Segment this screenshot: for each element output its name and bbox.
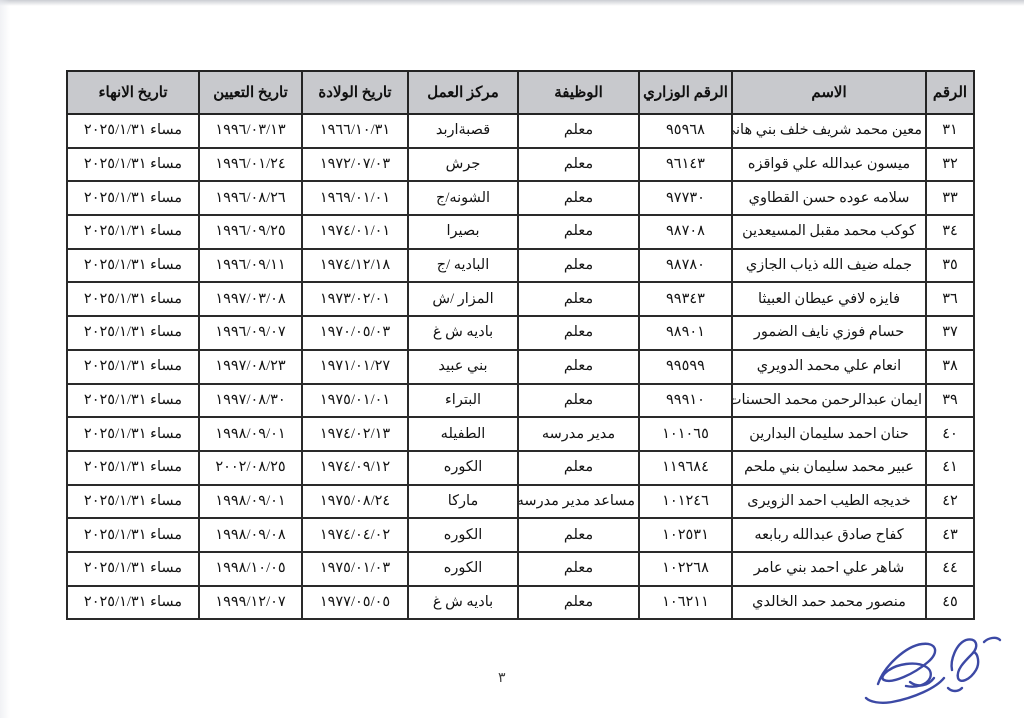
cell-ministry_no: ١٠١٢٤٦: [639, 485, 732, 519]
cell-ministry_no: ١١٩٦٨٤: [639, 451, 732, 485]
cell-name: فايزه لافي عيطان العبيثا: [732, 282, 926, 316]
cell-job: معلم: [518, 316, 639, 350]
cell-work_center: المزار /ش: [408, 282, 518, 316]
cell-num: ٣٤: [926, 215, 974, 249]
cell-hire_date: ٢٠٠٢/٠٨/٢٥: [199, 451, 302, 485]
column-header-num: الرقم: [926, 71, 974, 114]
table-row: ٣٩ايمان عبدالرحمن محمد الحسنات٩٩٩١٠معلما…: [67, 384, 974, 418]
handwritten-signature: [848, 632, 1024, 718]
cell-hire_date: ١٩٩٦/٠٩/٢٥: [199, 215, 302, 249]
cell-job: معلم: [518, 384, 639, 418]
cell-work_center: باديه ش غ: [408, 316, 518, 350]
cell-name: جمله ضيف الله ذياب الجازي: [732, 249, 926, 283]
table-row: ٣٥جمله ضيف الله ذياب الجازي٩٨٧٨٠معلمالبا…: [67, 249, 974, 283]
cell-ministry_no: ١٠١٠٦٥: [639, 417, 732, 451]
cell-ministry_no: ٩٥٩٦٨: [639, 114, 732, 148]
cell-birth_date: ١٩٦٩/٠١/٠١: [302, 181, 408, 215]
cell-num: ٣٨: [926, 350, 974, 384]
cell-birth_date: ١٩٧٤/٠١/٠١: [302, 215, 408, 249]
cell-work_center: الكوره: [408, 552, 518, 586]
table-row: ٤٥منصور محمد حمد الخالدي١٠٦٢١١معلمباديه …: [67, 586, 974, 620]
cell-job: معلم: [518, 215, 639, 249]
cell-hire_date: ١٩٩٧/٠٣/٠٨: [199, 282, 302, 316]
employee-roster-table: الرقمالاسمالرقم الوزاريالوظيفةمركز العمل…: [66, 70, 975, 620]
cell-work_center: البتراء: [408, 384, 518, 418]
cell-job: معلم: [518, 249, 639, 283]
cell-ministry_no: ٩٩٣٤٣: [639, 282, 732, 316]
cell-name: خديجه الطيب احمد الزويرى: [732, 485, 926, 519]
cell-job: معلم: [518, 552, 639, 586]
cell-num: ٣٩: [926, 384, 974, 418]
cell-birth_date: ١٩٧٤/٠٢/١٣: [302, 417, 408, 451]
cell-hire_date: ١٩٩٨/٠٩/٠١: [199, 485, 302, 519]
column-header-hire_date: تاريخ التعيين: [199, 71, 302, 114]
table-header: الرقمالاسمالرقم الوزاريالوظيفةمركز العمل…: [67, 71, 974, 114]
signature-strokes: [866, 638, 1000, 703]
cell-name: شاهر علي احمد بني عامر: [732, 552, 926, 586]
cell-end_date: مساء ٢٠٢٥/١/٣١: [67, 114, 199, 148]
cell-hire_date: ١٩٩٨/٠٩/٠٨: [199, 518, 302, 552]
cell-end_date: مساء ٢٠٢٥/١/٣١: [67, 485, 199, 519]
cell-birth_date: ١٩٧١/٠١/٢٧: [302, 350, 408, 384]
cell-work_center: الطفيله: [408, 417, 518, 451]
cell-num: ٤٢: [926, 485, 974, 519]
cell-work_center: باديه ش غ: [408, 586, 518, 620]
column-header-work_center: مركز العمل: [408, 71, 518, 114]
cell-birth_date: ١٩٧٧/٠٥/٠٥: [302, 586, 408, 620]
cell-name: كوكب محمد مقبل المسيعدين: [732, 215, 926, 249]
cell-name: كفاح صادق عبدالله ربابعه: [732, 518, 926, 552]
table-row: ٤٠حنان احمد سليمان البدارين١٠١٠٦٥مدير مد…: [67, 417, 974, 451]
cell-hire_date: ١٩٩٨/١٠/٠٥: [199, 552, 302, 586]
cell-hire_date: ١٩٩٨/٠٩/٠١: [199, 417, 302, 451]
cell-hire_date: ١٩٩٦/٠١/٢٤: [199, 148, 302, 182]
cell-birth_date: ١٩٧٥/٠٨/٢٤: [302, 485, 408, 519]
table-row: ٣٣سلامه عوده حسن القطاوي٩٧٧٣٠معلمالشونه/…: [67, 181, 974, 215]
table-body: ٣١معين محمد شريف خلف بني هاني٩٥٩٦٨معلمقص…: [67, 114, 974, 619]
table-row: ٣٧حسام فوزي نايف الضمور٩٨٩٠١معلمباديه ش …: [67, 316, 974, 350]
column-header-birth_date: تاريخ الولادة: [302, 71, 408, 114]
cell-num: ٣٥: [926, 249, 974, 283]
cell-name: حنان احمد سليمان البدارين: [732, 417, 926, 451]
table-row: ٤٤شاهر علي احمد بني عامر١٠٢٢٦٨معلمالكوره…: [67, 552, 974, 586]
cell-name: انعام علي محمد الدويري: [732, 350, 926, 384]
cell-num: ٣٦: [926, 282, 974, 316]
cell-work_center: الكوره: [408, 518, 518, 552]
cell-work_center: الباديه /ج: [408, 249, 518, 283]
cell-num: ٣٣: [926, 181, 974, 215]
table-row: ٣١معين محمد شريف خلف بني هاني٩٥٩٦٨معلمقص…: [67, 114, 974, 148]
column-header-job: الوظيفة: [518, 71, 639, 114]
table-row: ٣٨انعام علي محمد الدويري٩٩٥٩٩معلمبني عبي…: [67, 350, 974, 384]
cell-name: ميسون عبدالله علي قواقزه: [732, 148, 926, 182]
cell-hire_date: ١٩٩٦/٠٩/٠٧: [199, 316, 302, 350]
cell-name: معين محمد شريف خلف بني هاني: [732, 114, 926, 148]
cell-end_date: مساء ٢٠٢٥/١/٣١: [67, 316, 199, 350]
cell-work_center: ماركا: [408, 485, 518, 519]
cell-name: عبير محمد سليمان بني ملحم: [732, 451, 926, 485]
cell-end_date: مساء ٢٠٢٥/١/٣١: [67, 249, 199, 283]
header-row: الرقمالاسمالرقم الوزاريالوظيفةمركز العمل…: [67, 71, 974, 114]
cell-num: ٤٣: [926, 518, 974, 552]
cell-ministry_no: ١٠٢٥٣١: [639, 518, 732, 552]
cell-hire_date: ١٩٩٦/٠٨/٢٦: [199, 181, 302, 215]
cell-end_date: مساء ٢٠٢٥/١/٣١: [67, 586, 199, 620]
table-row: ٣٢ميسون عبدالله علي قواقزه٩٦١٤٣معلمجرش١٩…: [67, 148, 974, 182]
cell-hire_date: ١٩٩٩/١٢/٠٧: [199, 586, 302, 620]
cell-birth_date: ١٩٧٣/٠٢/٠١: [302, 282, 408, 316]
cell-ministry_no: ٩٨٧٠٨: [639, 215, 732, 249]
cell-name: ايمان عبدالرحمن محمد الحسنات: [732, 384, 926, 418]
cell-ministry_no: ٩٨٩٠١: [639, 316, 732, 350]
cell-end_date: مساء ٢٠٢٥/١/٣١: [67, 181, 199, 215]
cell-birth_date: ١٩٧٤/٠٩/١٢: [302, 451, 408, 485]
cell-ministry_no: ٩٩٩١٠: [639, 384, 732, 418]
cell-name: منصور محمد حمد الخالدي: [732, 586, 926, 620]
cell-birth_date: ١٩٧٤/٠٤/٠٢: [302, 518, 408, 552]
cell-job: معلم: [518, 114, 639, 148]
table-row: ٣٦فايزه لافي عيطان العبيثا٩٩٣٤٣معلمالمزا…: [67, 282, 974, 316]
cell-job: معلم: [518, 451, 639, 485]
column-header-end_date: تاريخ الانهاء: [67, 71, 199, 114]
cell-birth_date: ١٩٦٦/١٠/٣١: [302, 114, 408, 148]
cell-job: معلم: [518, 350, 639, 384]
cell-work_center: بني عبيد: [408, 350, 518, 384]
cell-job: مساعد مدير مدرسه: [518, 485, 639, 519]
cell-ministry_no: ٩٦١٤٣: [639, 148, 732, 182]
cell-birth_date: ١٩٧٥/٠١/٠١: [302, 384, 408, 418]
scan-artifact-left-edge: [0, 0, 10, 718]
cell-ministry_no: ٩٧٧٣٠: [639, 181, 732, 215]
page-number: ٣: [498, 670, 506, 687]
cell-name: سلامه عوده حسن القطاوي: [732, 181, 926, 215]
cell-job: معلم: [518, 518, 639, 552]
cell-work_center: الشونه/ج: [408, 181, 518, 215]
cell-ministry_no: ١٠٦٢١١: [639, 586, 732, 620]
column-header-ministry_no: الرقم الوزاري: [639, 71, 732, 114]
table-row: ٣٤كوكب محمد مقبل المسيعدين٩٨٧٠٨معلمبصيرا…: [67, 215, 974, 249]
cell-num: ٤٠: [926, 417, 974, 451]
cell-end_date: مساء ٢٠٢٥/١/٣١: [67, 384, 199, 418]
cell-end_date: مساء ٢٠٢٥/١/٣١: [67, 451, 199, 485]
cell-hire_date: ١٩٩٦/٠٣/١٣: [199, 114, 302, 148]
cell-name: حسام فوزي نايف الضمور: [732, 316, 926, 350]
cell-num: ٤١: [926, 451, 974, 485]
cell-end_date: مساء ٢٠٢٥/١/٣١: [67, 350, 199, 384]
cell-num: ٣٧: [926, 316, 974, 350]
table-row: ٤٣كفاح صادق عبدالله ربابعه١٠٢٥٣١معلمالكو…: [67, 518, 974, 552]
cell-birth_date: ١٩٧٥/٠١/٠٣: [302, 552, 408, 586]
cell-end_date: مساء ٢٠٢٥/١/٣١: [67, 282, 199, 316]
cell-num: ٣٢: [926, 148, 974, 182]
cell-work_center: بصيرا: [408, 215, 518, 249]
cell-birth_date: ١٩٧٢/٠٧/٠٣: [302, 148, 408, 182]
cell-end_date: مساء ٢٠٢٥/١/٣١: [67, 417, 199, 451]
cell-num: ٤٥: [926, 586, 974, 620]
scan-artifact-top-edge: [0, 0, 1024, 6]
table-row: ٤٢خديجه الطيب احمد الزويرى١٠١٢٤٦مساعد مد…: [67, 485, 974, 519]
cell-hire_date: ١٩٩٦/٠٩/١١: [199, 249, 302, 283]
cell-ministry_no: ١٠٢٢٦٨: [639, 552, 732, 586]
cell-work_center: جرش: [408, 148, 518, 182]
cell-end_date: مساء ٢٠٢٥/١/٣١: [67, 148, 199, 182]
cell-end_date: مساء ٢٠٢٥/١/٣١: [67, 518, 199, 552]
cell-job: معلم: [518, 282, 639, 316]
cell-birth_date: ١٩٧٤/١٢/١٨: [302, 249, 408, 283]
cell-ministry_no: ٩٩٥٩٩: [639, 350, 732, 384]
cell-birth_date: ١٩٧٠/٠٥/٠٣: [302, 316, 408, 350]
cell-hire_date: ١٩٩٧/٠٨/٢٣: [199, 350, 302, 384]
table-row: ٤١عبير محمد سليمان بني ملحم١١٩٦٨٤معلمالك…: [67, 451, 974, 485]
cell-end_date: مساء ٢٠٢٥/١/٣١: [67, 215, 199, 249]
column-header-name: الاسم: [732, 71, 926, 114]
cell-job: معلم: [518, 586, 639, 620]
cell-job: مدير مدرسه: [518, 417, 639, 451]
cell-num: ٣١: [926, 114, 974, 148]
cell-work_center: الكوره: [408, 451, 518, 485]
cell-job: معلم: [518, 181, 639, 215]
cell-end_date: مساء ٢٠٢٥/١/٣١: [67, 552, 199, 586]
cell-ministry_no: ٩٨٧٨٠: [639, 249, 732, 283]
cell-job: معلم: [518, 148, 639, 182]
cell-work_center: قصبةاربد: [408, 114, 518, 148]
cell-num: ٤٤: [926, 552, 974, 586]
cell-hire_date: ١٩٩٧/٠٨/٣٠: [199, 384, 302, 418]
